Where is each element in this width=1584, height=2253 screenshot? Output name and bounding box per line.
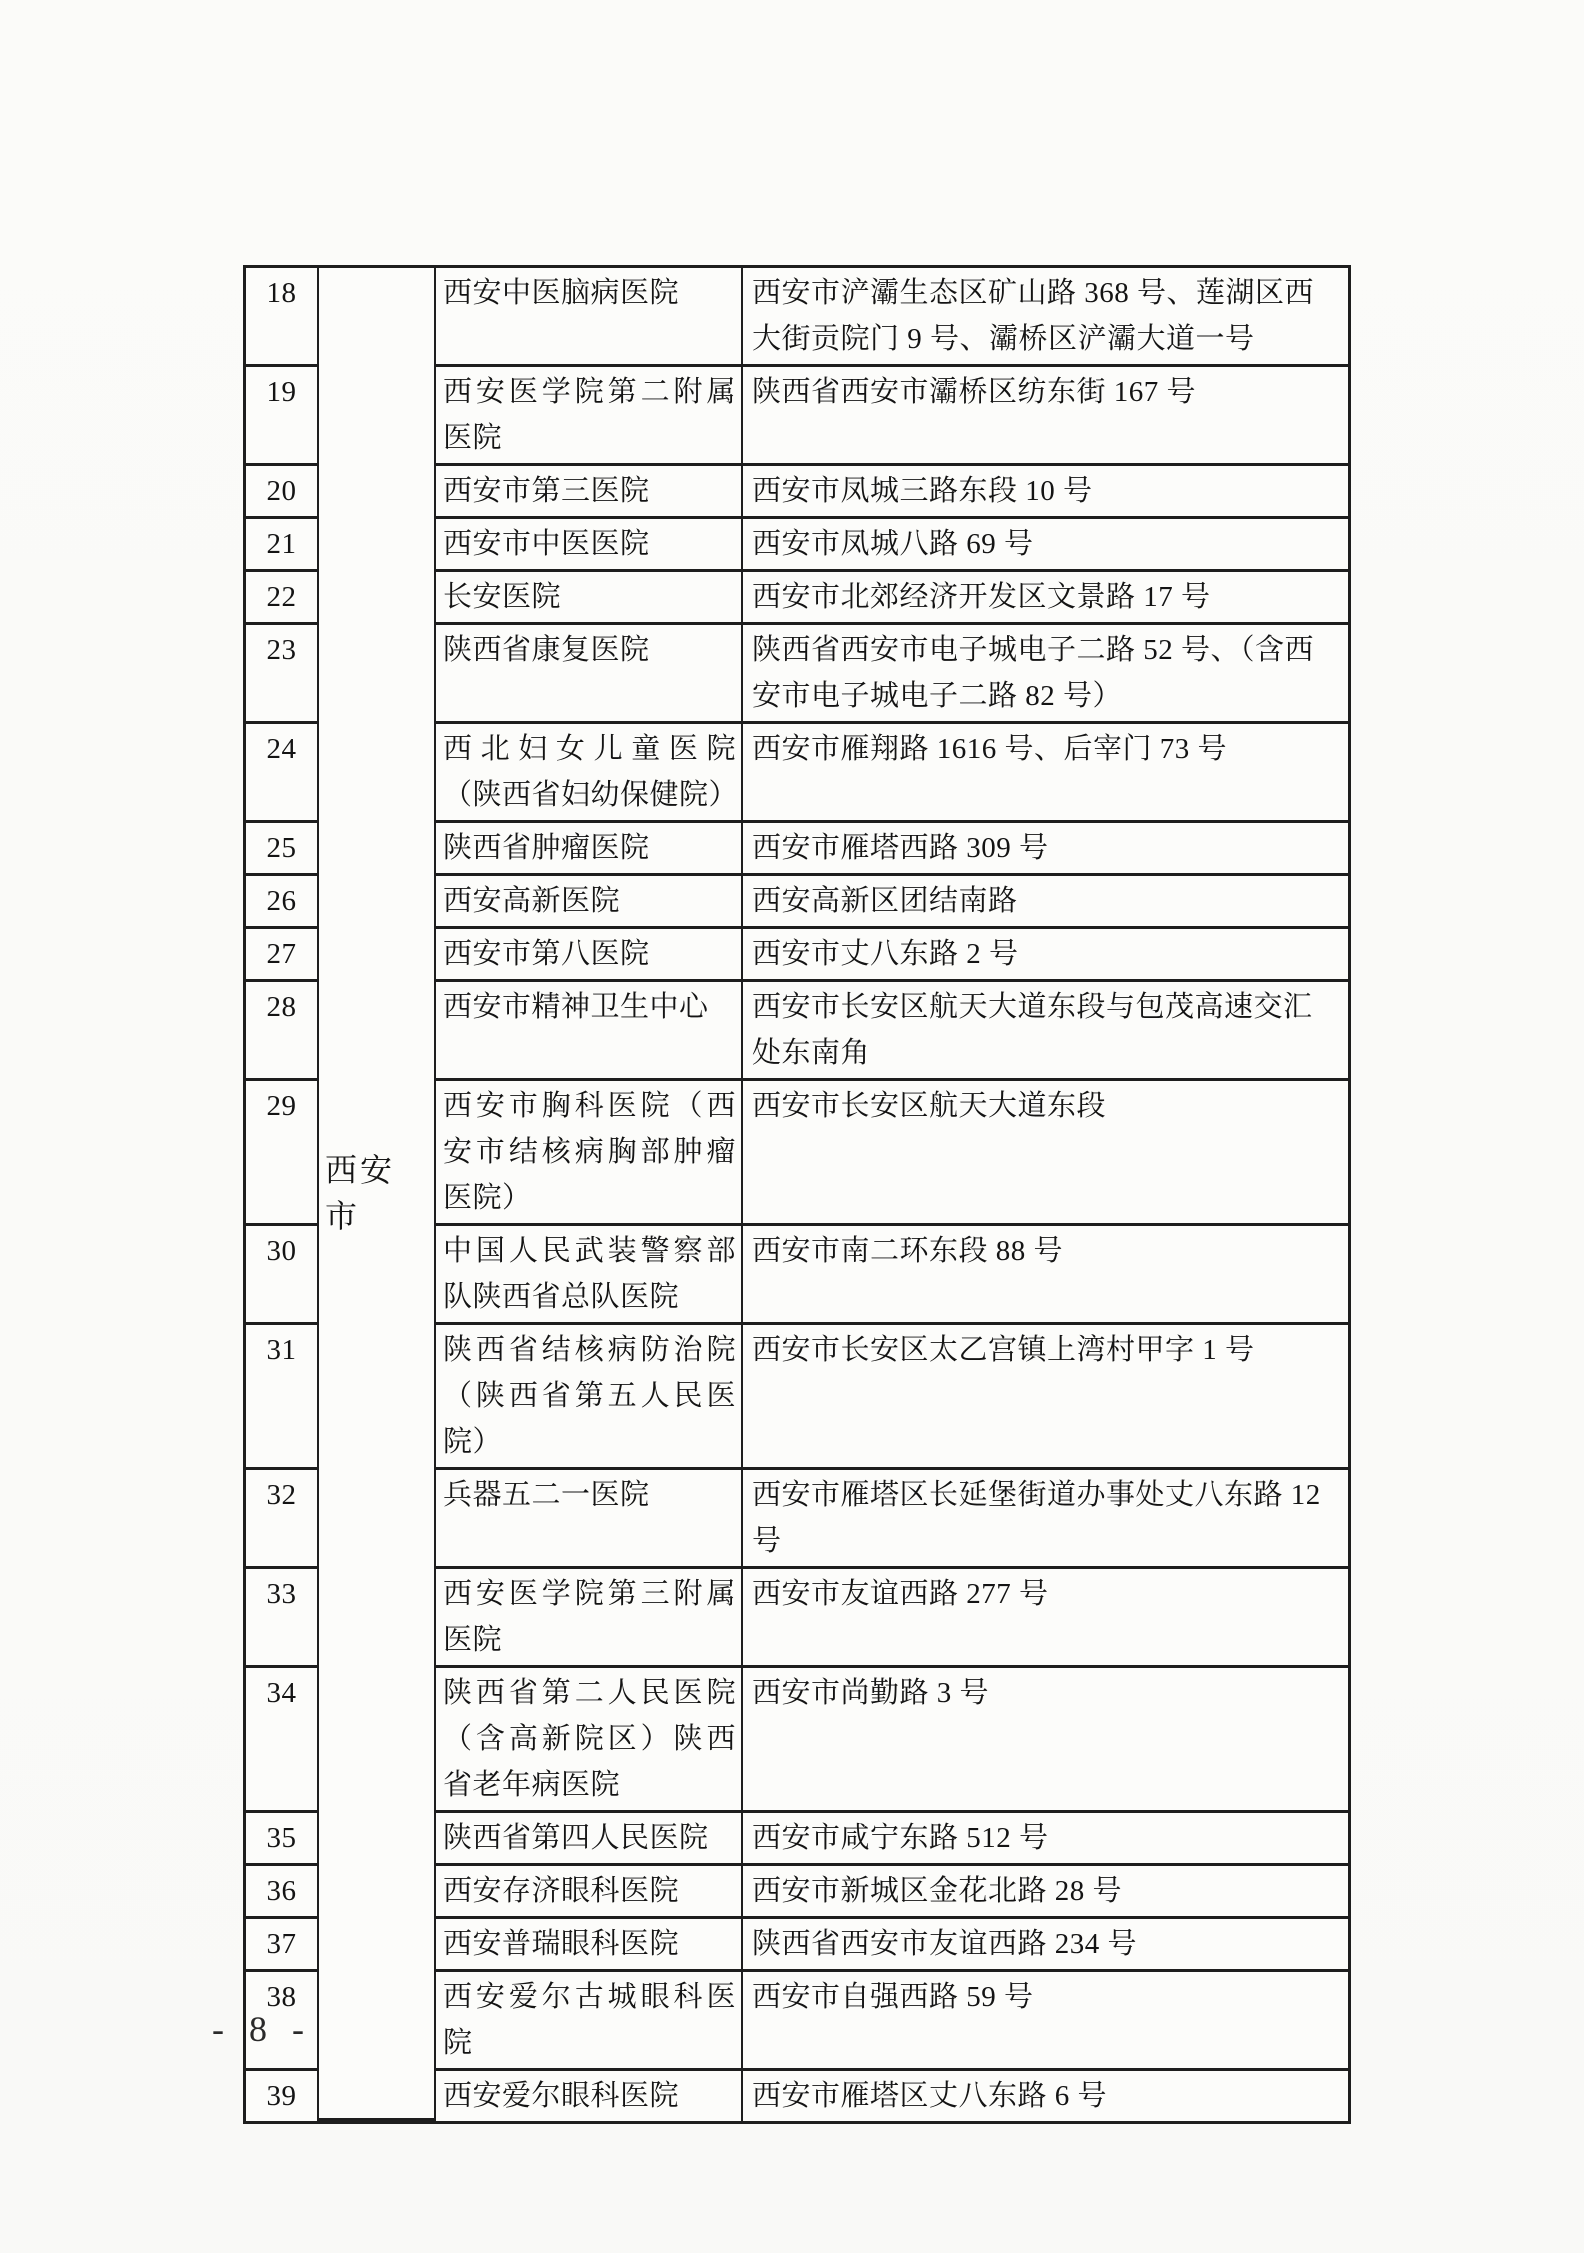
row-number-cell: 19 (246, 367, 319, 466)
hospital-address-cell: 西安市雁塔区丈八东路 6 号 (743, 2071, 1348, 2121)
hospital-address-cell: 西安高新区团结南路 (743, 876, 1348, 929)
hospital-name-cell: 陕西省第四人民医院 (436, 1813, 743, 1866)
hospital-name-cell: 兵器五二一医院 (436, 1470, 743, 1569)
hospital-address-cell: 西安市雁塔西路 309 号 (743, 823, 1348, 876)
hospital-address-cell: 西安市咸宁东路 512 号 (743, 1813, 1348, 1866)
hospital-name-cell: 陕西省第二人民医院（含高新院区）陕西省老年病医院 (436, 1668, 743, 1813)
row-number-cell: 24 (246, 724, 319, 823)
hospital-address-cell: 西安市北郊经济开发区文景路 17 号 (743, 572, 1348, 625)
row-number-cell: 35 (246, 1813, 319, 1866)
row-number-cell: 28 (246, 982, 319, 1081)
hospital-name-cell: 西安市精神卫生中心 (436, 982, 743, 1081)
hospital-name-cell: 西安市中医医院 (436, 519, 743, 572)
hospital-name-cell: 西安医学院第三附属医院 (436, 1569, 743, 1668)
hospital-name-cell: 西安爱尔眼科医院 (436, 2071, 743, 2121)
row-number-cell: 27 (246, 929, 319, 982)
hospital-name-cell: 陕西省肿瘤医院 (436, 823, 743, 876)
row-number-cell: 31 (246, 1325, 319, 1470)
row-number-cell: 20 (246, 466, 319, 519)
hospital-name-cell: 西安高新医院 (436, 876, 743, 929)
hospital-address-cell: 西安市长安区航天大道东段与包茂高速交汇处东南角 (743, 982, 1348, 1081)
row-number-cell: 37 (246, 1919, 319, 1972)
row-number-cell: 32 (246, 1470, 319, 1569)
hospital-name-cell: 西安市第三医院 (436, 466, 743, 519)
hospital-address-cell: 西安市凤城三路东段 10 号 (743, 466, 1348, 519)
row-number-cell: 39 (246, 2071, 319, 2121)
row-number-cell: 26 (246, 876, 319, 929)
hospital-address-cell: 西安市丈八东路 2 号 (743, 929, 1348, 982)
row-number-cell: 18 (246, 268, 319, 367)
row-number-cell: 30 (246, 1226, 319, 1325)
row-number-cell: 36 (246, 1866, 319, 1919)
city-cell: 西安市 (319, 268, 436, 2121)
hospital-address-cell: 西安市雁翔路 1616 号、后宰门 73 号 (743, 724, 1348, 823)
hospital-name-cell: 西安存济眼科医院 (436, 1866, 743, 1919)
hospital-name-cell: 西安中医脑病医院 (436, 268, 743, 367)
hospital-address-cell: 西安市凤城八路 69 号 (743, 519, 1348, 572)
hospital-name-cell: 西安市第八医院 (436, 929, 743, 982)
hospital-address-cell: 西安市浐灞生态区矿山路 368 号、莲湖区西大街贡院门 9 号、灞桥区浐灞大道一… (743, 268, 1348, 367)
document-page: 西安市 18 西安中医脑病医院 西安市浐灞生态区矿山路 368 号、莲湖区西大街… (0, 0, 1584, 2253)
hospital-name-cell: 西安医学院第二附属医院 (436, 367, 743, 466)
row-number-cell: 21 (246, 519, 319, 572)
row-number-cell: 22 (246, 572, 319, 625)
hospital-address-cell: 陕西省西安市灞桥区纺东街 167 号 (743, 367, 1348, 466)
row-number-cell: 23 (246, 625, 319, 724)
hospital-name-cell: 陕西省康复医院 (436, 625, 743, 724)
hospital-name-cell: 西安市胸科医院（西安市结核病胸部肿瘤医院） (436, 1081, 743, 1226)
hospital-address-cell: 西安市南二环东段 88 号 (743, 1226, 1348, 1325)
hospital-name-cell: 西安普瑞眼科医院 (436, 1919, 743, 1972)
hospital-name-cell: 长安医院 (436, 572, 743, 625)
row-number-cell: 29 (246, 1081, 319, 1226)
row-number-cell: 25 (246, 823, 319, 876)
hospital-address-cell: 陕西省西安市友谊西路 234 号 (743, 1919, 1348, 1972)
hospital-address-cell: 陕西省西安市电子城电子二路 52 号、（含西安市电子城电子二路 82 号） (743, 625, 1348, 724)
hospital-name-cell: 中国人民武装警察部队陕西省总队医院 (436, 1226, 743, 1325)
row-number-cell: 33 (246, 1569, 319, 1668)
hospital-name-cell: 陕西省结核病防治院（陕西省第五人民医院） (436, 1325, 743, 1470)
hospital-name-cell: 西安爱尔古城眼科医院 (436, 1972, 743, 2071)
hospital-address-cell: 西安市长安区太乙宫镇上湾村甲字 1 号 (743, 1325, 1348, 1470)
row-number-cell: 34 (246, 1668, 319, 1813)
hospital-address-cell: 西安市尚勤路 3 号 (743, 1668, 1348, 1813)
hospital-address-cell: 西安市雁塔区长延堡街道办事处丈八东路 12 号 (743, 1470, 1348, 1569)
hospital-address-cell: 西安市长安区航天大道东段 (743, 1081, 1348, 1226)
hospital-name-cell: 西北妇女儿童医院（陕西省妇幼保健院） (436, 724, 743, 823)
page-number: - 8 - (212, 2008, 312, 2050)
hospital-table: 西安市 18 西安中医脑病医院 西安市浐灞生态区矿山路 368 号、莲湖区西大街… (243, 265, 1351, 2124)
hospital-address-cell: 西安市友谊西路 277 号 (743, 1569, 1348, 1668)
hospital-address-cell: 西安市自强西路 59 号 (743, 1972, 1348, 2071)
hospital-address-cell: 西安市新城区金花北路 28 号 (743, 1866, 1348, 1919)
